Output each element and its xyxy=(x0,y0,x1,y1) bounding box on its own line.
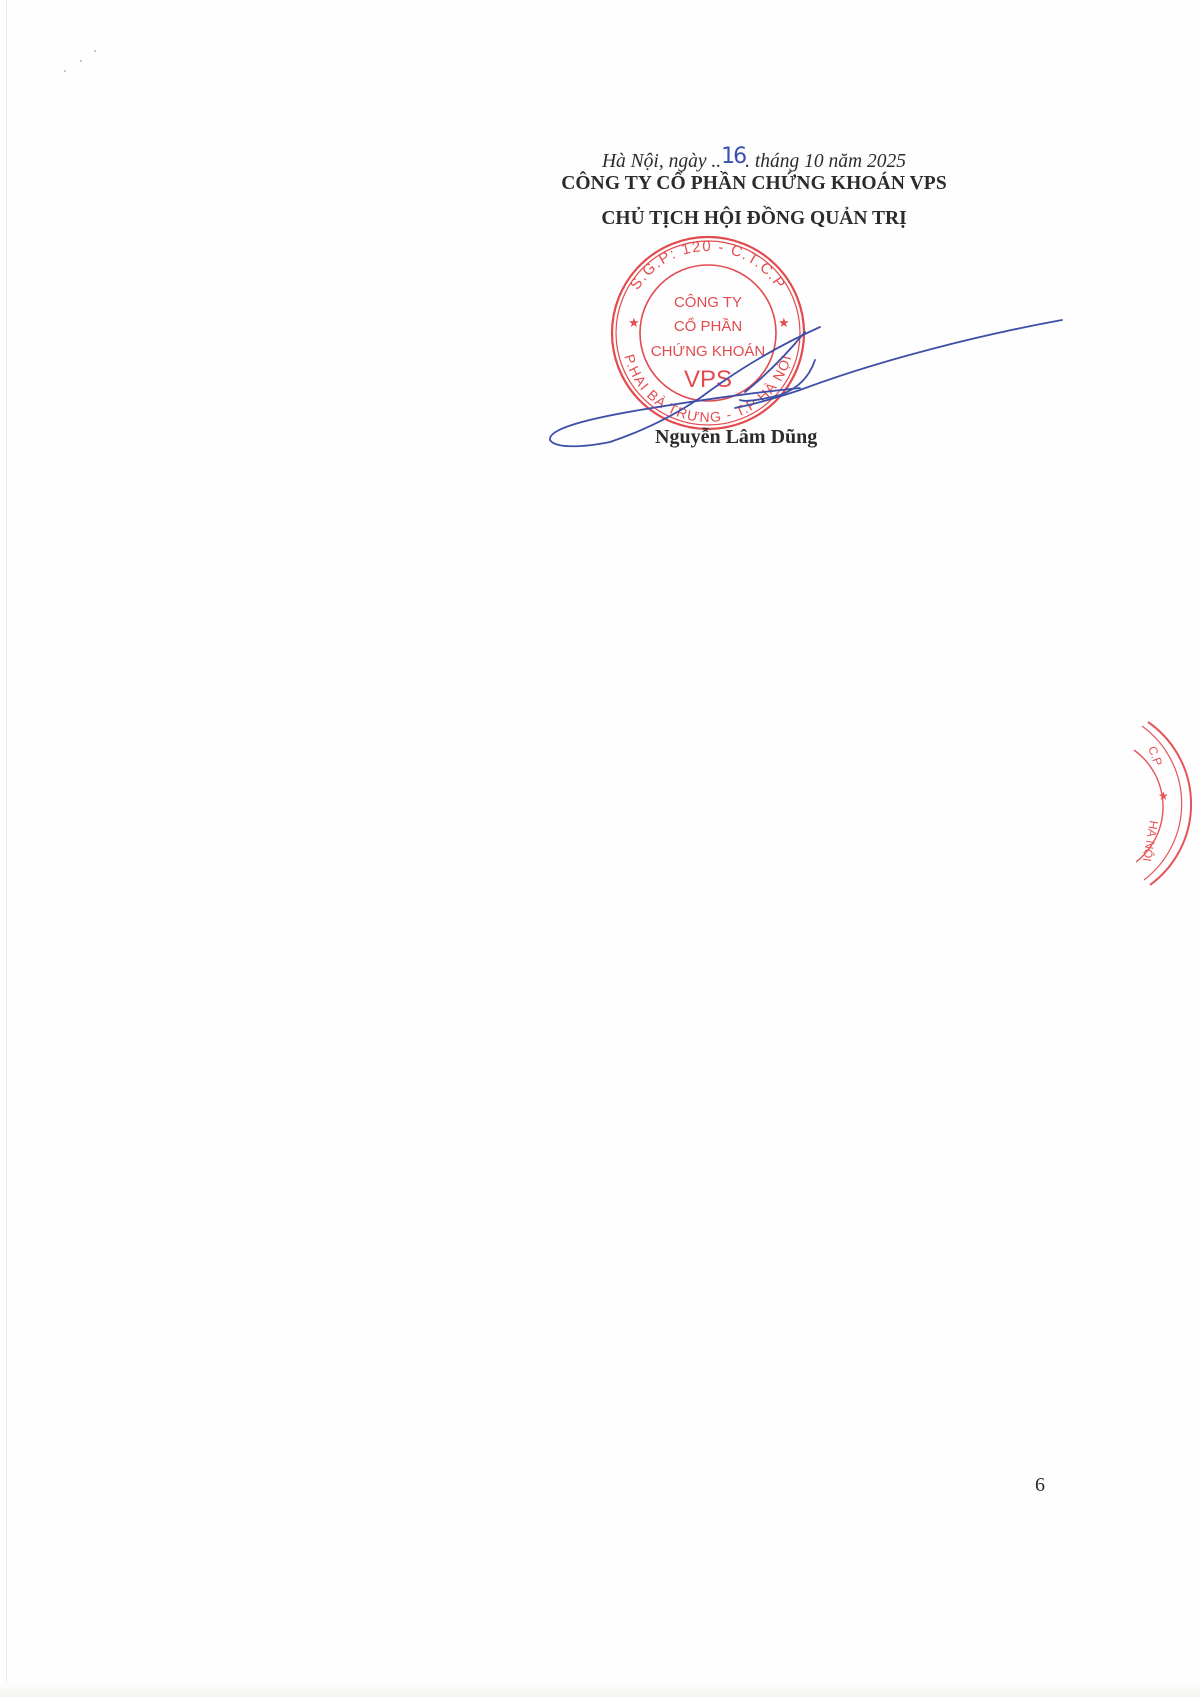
svg-text:HÀ NỘI: HÀ NỘI xyxy=(1140,819,1162,862)
seal-inner-line-4: VPS xyxy=(684,366,732,393)
svg-text:C.P: C.P xyxy=(1145,744,1165,768)
edge-seal-fragment: C.P ★ HÀ NỘI xyxy=(1134,722,1191,885)
document-page: Hà Nội, ngày ..16. tháng 10 năm 2025 CÔN… xyxy=(0,0,1200,1697)
signer-name: Nguyễn Lâm Dũng xyxy=(655,426,817,449)
signer-title: CHỦ TỊCH HỘI ĐỒNG QUẢN TRỊ xyxy=(500,208,1008,230)
date-prefix: Hà Nội, ngày .. xyxy=(602,151,721,172)
seal-inner-line-1: CÔNG TY xyxy=(674,294,742,311)
seal-star-right-icon: ★ xyxy=(778,316,790,331)
page-number: 6 xyxy=(1035,1474,1045,1497)
company-seal: S.G.P: 120 - C.T.C.P P.HAI BÀ TRƯNG - T.… xyxy=(612,237,804,429)
svg-text:S.G.P: 120 - C.T.C.P: S.G.P: 120 - C.T.C.P xyxy=(627,238,789,293)
company-name: CÔNG TY CỔ PHẦN CHỨNG KHOÁN VPS xyxy=(500,173,1008,195)
handwritten-day: 16 xyxy=(721,144,745,169)
seal-inner-line-3: CHỨNG KHOÁN xyxy=(651,343,766,360)
seal-and-signature-layer: S.G.P: 120 - C.T.C.P P.HAI BÀ TRƯNG - T.… xyxy=(0,0,1200,1697)
signature-block: Hà Nội, ngày ..16. tháng 10 năm 2025 CÔN… xyxy=(500,150,1008,230)
scan-edge-bottom xyxy=(0,1683,1200,1697)
seal-top-text: S.G.P: 120 - C.T.C.P xyxy=(627,238,789,293)
seal-inner-line-2: CỔ PHẦN xyxy=(674,317,742,335)
place-date-line: Hà Nội, ngày ..16. tháng 10 năm 2025 xyxy=(500,150,1008,173)
seal-star-left-icon: ★ xyxy=(628,316,640,331)
seal-bottom-text: P.HAI BÀ TRƯNG - T.P HÀ NỘI xyxy=(621,352,794,425)
date-suffix: . tháng 10 năm 2025 xyxy=(745,151,906,172)
svg-text:P.HAI BÀ TRƯNG - T.P HÀ NỘI: P.HAI BÀ TRƯNG - T.P HÀ NỘI xyxy=(621,352,794,425)
edge-seal-star-icon: ★ xyxy=(1158,789,1169,803)
scan-edge-left xyxy=(6,0,7,1697)
